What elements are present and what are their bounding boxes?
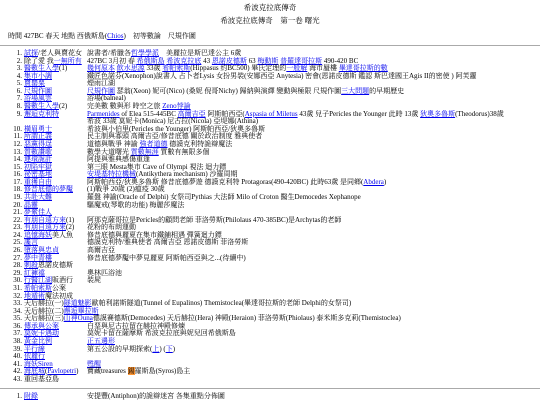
item-desc: 第五公設的早期探索(上) (下) [87, 345, 175, 353]
item-desc: 尺規作圖 瑟翁(Xeon) 妮可(Nico) (桑妮 倪哥Nichy) 歸納與演… [87, 87, 404, 95]
item-desc-text: 歐帕利諾斯隧道(Tunnel of Eupalinos) Themistocle… [92, 299, 352, 307]
link[interactable]: 附錄 [24, 392, 38, 400]
item-title: 邂逅克利特 [24, 111, 87, 119]
item-number: 1. [7, 393, 24, 401]
item-number: 43. [7, 376, 24, 384]
item-desc-text: ) [173, 345, 175, 353]
item-desc-text: 的早期歷史 [369, 87, 404, 95]
list-item: 43.重回基亞島 [7, 376, 540, 384]
link[interactable]: Chios [107, 32, 123, 40]
link[interactable]: 邂逅克利特 [24, 110, 59, 118]
list-item: 30.行醫江湖販酒行裝屍 [7, 277, 540, 285]
link[interactable]: 三大問題 [341, 87, 369, 95]
item-title: 附錄 [24, 393, 87, 401]
list-item: 27.夢中青樓修昔底德夢魘中夢見麗夏 阿斯帕西亞與之...(待續中) [7, 255, 540, 263]
item-desc: 鐵匠色諾芬(Xenophon)說書人 占卜者Lysis 女扮男裝(安娜西亞 An… [87, 72, 476, 80]
item-desc-text: 質數有無限多個 [159, 148, 210, 156]
item-desc-text: 鐵匠色諾芬(Xenophon)說書人 占卜者Lysis 女扮男裝(安娜西亞 An… [87, 72, 476, 80]
item-desc-text: 第五公設的早期探索( [87, 345, 152, 353]
link[interactable]: 狄奧多魯斯 [420, 110, 455, 118]
list-item: 1.附錄安提豐(Antiphon)的詭辯迷宮 各集重點分佈圖 [7, 393, 540, 401]
page: 希波克拉底傳奇 希波克拉底傳奇 第一卷 曙光 時間 427BC 春天 地點 西俄… [0, 0, 540, 405]
list-item: 42.海底城(Pavlopetri)寶藏treasures 錫羅斯島(Syros… [7, 368, 540, 376]
item-title-text: ) [76, 367, 78, 375]
item-title-text: 美人魚 [52, 231, 73, 239]
item-desc: 歐帕利諾斯隧道(Tunnel of Eupalinos) Themistocle… [92, 299, 352, 307]
item-desc: 寶藏treasures 錫羅斯島(Syros)島主 [87, 367, 190, 375]
chapter-list: 1.試探/老人與賣花女說書者/希臘各哲學學派 美麗拉是斯巴達公主 6歲2.除了愛… [0, 50, 540, 383]
list-item: 20.晶靈驅魔戒(琴歌的功能) 梅麗莎魔法 [7, 202, 540, 210]
meta-text: ) 初等數論 尺規作圖 [124, 32, 196, 40]
divider-bottom [0, 388, 540, 389]
item-desc-text: 羅斯島(Syros)島主 [135, 367, 191, 375]
page-subtitle: 希波克拉底傳奇 第一卷 曙光 [0, 16, 540, 25]
item-desc-text: 驅魔戒(琴歌的功能) 梅麗莎魔法 [87, 201, 184, 209]
item-desc-text: 43歲 兒子Pericles the Younger 此時 13歲 [298, 110, 421, 118]
item-desc-text: 修昔底德夢魘中夢見麗夏 阿斯帕西亞與之...(待續中) [87, 254, 246, 262]
link[interactable]: 下 [166, 345, 173, 353]
item-desc: 安提豐(Antiphon)的詭辯迷宮 各集重點分佈圖 [87, 392, 225, 400]
list-item: 31.希帕索斯公案 [7, 285, 540, 293]
item-number: 9. [7, 111, 24, 119]
item-desc-text: (Theodorus)38歲 [455, 110, 504, 118]
meta-text: 時間 427BC 春天 地點 西俄斯島( [8, 32, 107, 40]
link[interactable]: Abdera [363, 178, 384, 186]
divider-top [0, 45, 540, 46]
item-desc-text: 瑟翁(Xeon) 妮可(Nico) (桑妮 倪哥Nichy) 歸納與演繹 變動與… [115, 87, 341, 95]
item-title-text: (1) [59, 64, 67, 72]
page-title: 希波克拉底傳奇 [0, 3, 540, 12]
meta-line: 時間 427BC 春天 地點 西俄斯島(Chios) 初等數論 尺規作圖 [0, 32, 540, 40]
item-desc-text: 裝屍 [87, 276, 101, 284]
item-desc-text: 寶藏treasures [87, 367, 128, 375]
item-title-text: 重回基亞島 [24, 375, 59, 383]
item-title: 重回基亞島 [24, 376, 87, 384]
item-desc: 修昔底德夢魘中夢見麗夏 阿斯帕西亞與之...(待續中) [87, 254, 246, 262]
item-desc: 裝屍 [87, 276, 101, 284]
item-desc-text: ) [384, 178, 386, 186]
highlighted-text: 錫 [128, 367, 135, 375]
footer-list: 1.附錄安提豐(Antiphon)的詭辯迷宮 各集重點分佈圖 [0, 393, 540, 401]
item-desc: 驅魔戒(琴歌的功能) 梅麗莎魔法 [87, 201, 184, 209]
list-item: 39.平行線第五公設的早期探索(上) (下) [7, 346, 540, 354]
item-desc-text: 安提豐(Antiphon)的詭辯迷宮 各集重點分佈圖 [87, 392, 225, 400]
item-title-text: (2) [59, 102, 67, 110]
